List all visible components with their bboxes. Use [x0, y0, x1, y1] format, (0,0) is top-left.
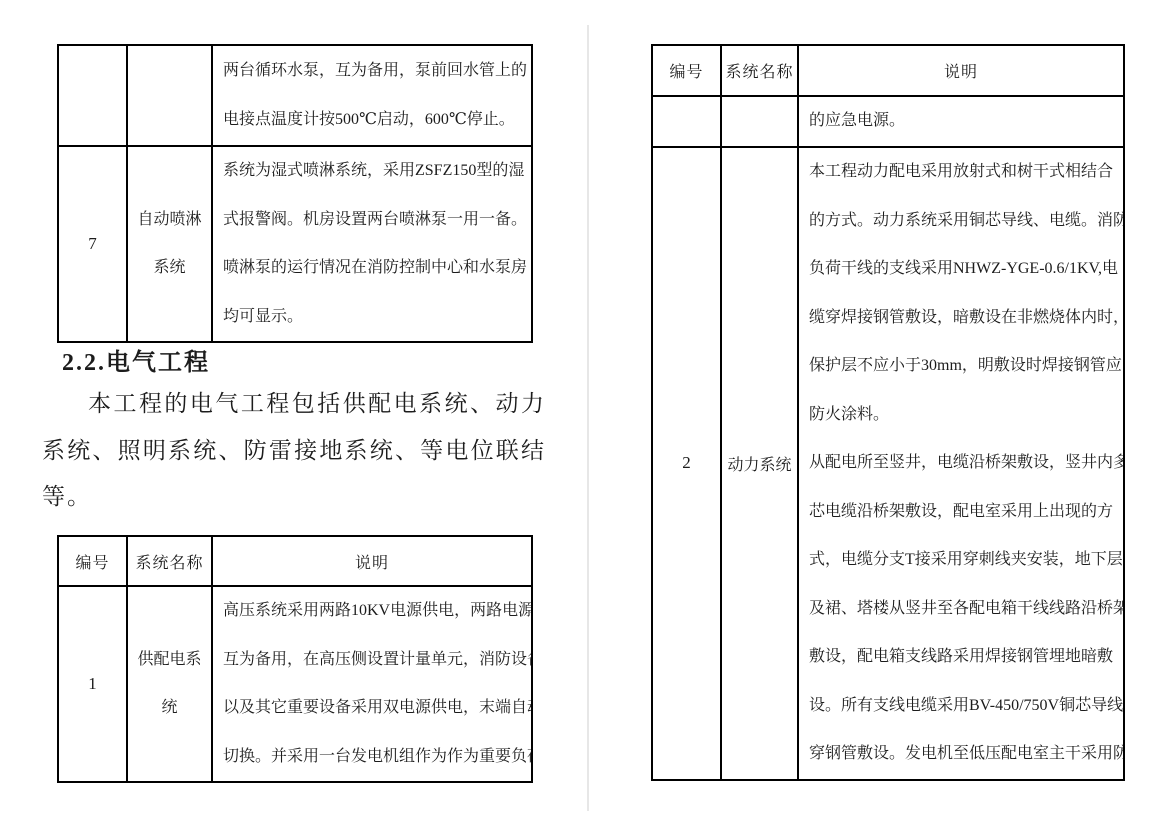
table-header-row: 编号 系统名称 说明	[652, 45, 1124, 96]
system-name-cell: 自动喷淋 系统	[127, 146, 212, 342]
description-cell: 两台循环水泵，互为备用，泵前回水管上的 电接点温度计按500℃启动，600℃停止…	[212, 45, 532, 146]
description-line: 负荷干线的支线采用NHWZ-YGE-0.6/1KV,电	[809, 245, 1119, 294]
system-name-line: 供配电系	[128, 636, 211, 685]
description-line: 互为备用，在高压侧设置计量单元，消防设备	[223, 636, 527, 685]
system-name-cell: 动力系统	[721, 147, 798, 780]
description-cell: 系统为湿式喷淋系统，采用ZSFZ150型的湿 式报警阀。机房设置两台喷淋泵一用一…	[212, 146, 532, 342]
system-name-cell	[127, 45, 212, 146]
description-cell: 本工程动力配电采用放射式和树干式相结合 的方式。动力系统采用铜芯导线、电缆。消防…	[798, 147, 1124, 780]
description-line: 防火涂料。	[809, 391, 1119, 440]
section-paragraph: 本工程的电气工程包括供配电系统、动力系统、照明系统、防雷接地系统、等电位联结等。	[42, 381, 546, 521]
table-row: 1 供配电系 统 高压系统采用两路10KV电源供电，两路电源 互为备用，在高压侧…	[58, 586, 532, 782]
description-line: 敷设，配电箱支线路采用焊接钢管埋地暗敷	[809, 633, 1119, 682]
system-name-cell	[721, 96, 798, 147]
description-line: 保护层不应小于30mm，明敷设时焊接钢管应	[809, 342, 1119, 391]
description-line: 芯电缆沿桥架敷设，配电室采用上出现的方	[809, 488, 1119, 537]
row-number-cell	[652, 96, 721, 147]
row-number-cell: 2	[652, 147, 721, 780]
description-line: 式报警阀。机房设置两台喷淋泵一用一备。	[223, 196, 527, 245]
description-line: 缆穿焊接钢管敷设，暗敷设在非燃烧体内时，	[809, 294, 1119, 343]
system-name-cell: 供配电系 统	[127, 586, 212, 782]
page-right: 编号 系统名称 说明 的应急电源。 2 动力系统 本工程动力配电采用放射式和树干…	[588, 0, 1164, 837]
description-line: 高压系统采用两路10KV电源供电，两路电源	[223, 587, 527, 636]
system-name-line: 自动喷淋	[128, 196, 211, 245]
description-line: 电接点温度计按500℃启动，600℃停止。	[223, 96, 527, 145]
page-left: 两台循环水泵，互为备用，泵前回水管上的 电接点温度计按500℃启动，600℃停止…	[0, 0, 588, 837]
description-line: 两台循环水泵，互为备用，泵前回水管上的	[223, 47, 527, 96]
description-line: 的方式。动力系统采用铜芯导线、电缆。消防	[809, 197, 1119, 246]
description-line: 设。所有支线电缆采用BV-450/750V铜芯导线	[809, 682, 1119, 731]
electrical-systems-table: 编号 系统名称 说明 1 供配电系 统 高压系统采用两路10KV电源供电，两路电…	[57, 535, 533, 783]
description-line: 均可显示。	[223, 293, 527, 342]
column-header-number: 编号	[58, 536, 127, 586]
column-header-description: 说明	[212, 536, 532, 586]
row-number-cell	[58, 45, 127, 146]
column-header-system-name: 系统名称	[127, 536, 212, 586]
description-line: 式，电缆分支T接采用穿刺线夹安装，地下层	[809, 536, 1119, 585]
row-number-cell: 7	[58, 146, 127, 342]
description-line: 穿钢管敷设。发电机至低压配电室主干采用防	[809, 730, 1119, 779]
system-name-line: 统	[128, 684, 211, 733]
description-line: 切换。并采用一台发电机组作为作为重要负荷	[223, 733, 527, 782]
section-heading: 2.2.电气工程	[62, 342, 210, 377]
description-line: 及裙、塔楼从竖井至各配电箱干线线路沿桥架	[809, 585, 1119, 634]
table-row: 两台循环水泵，互为备用，泵前回水管上的 电接点温度计按500℃启动，600℃停止…	[58, 45, 532, 146]
table-header-row: 编号 系统名称 说明	[58, 536, 532, 586]
description-line: 系统为湿式喷淋系统，采用ZSFZ150型的湿	[223, 147, 527, 196]
description-cell: 的应急电源。	[798, 96, 1124, 147]
table-row: 2 动力系统 本工程动力配电采用放射式和树干式相结合 的方式。动力系统采用铜芯导…	[652, 147, 1124, 780]
description-line: 从配电所至竖井，电缆沿桥架敷设，竖井内多	[809, 439, 1119, 488]
description-cell: 高压系统采用两路10KV电源供电，两路电源 互为备用，在高压侧设置计量单元，消防…	[212, 586, 532, 782]
description-line: 以及其它重要设备采用双电源供电，末端自动	[223, 684, 527, 733]
row-number-cell: 1	[58, 586, 127, 782]
electrical-systems-table-continued: 编号 系统名称 说明 的应急电源。 2 动力系统 本工程动力配电采用放射式和树干…	[651, 44, 1125, 781]
table-row: 7 自动喷淋 系统 系统为湿式喷淋系统，采用ZSFZ150型的湿 式报警阀。机房…	[58, 146, 532, 342]
description-line: 喷淋泵的运行情况在消防控制中心和水泵房	[223, 244, 527, 293]
description-line: 的应急电源。	[809, 97, 1119, 146]
plumbing-systems-table-continued: 两台循环水泵，互为备用，泵前回水管上的 电接点温度计按500℃启动，600℃停止…	[57, 44, 533, 343]
description-line: 本工程动力配电采用放射式和树干式相结合	[809, 148, 1119, 197]
column-header-system-name: 系统名称	[721, 45, 798, 96]
column-header-description: 说明	[798, 45, 1124, 96]
system-name-line: 系统	[128, 244, 211, 293]
column-header-number: 编号	[652, 45, 721, 96]
table-row: 的应急电源。	[652, 96, 1124, 147]
